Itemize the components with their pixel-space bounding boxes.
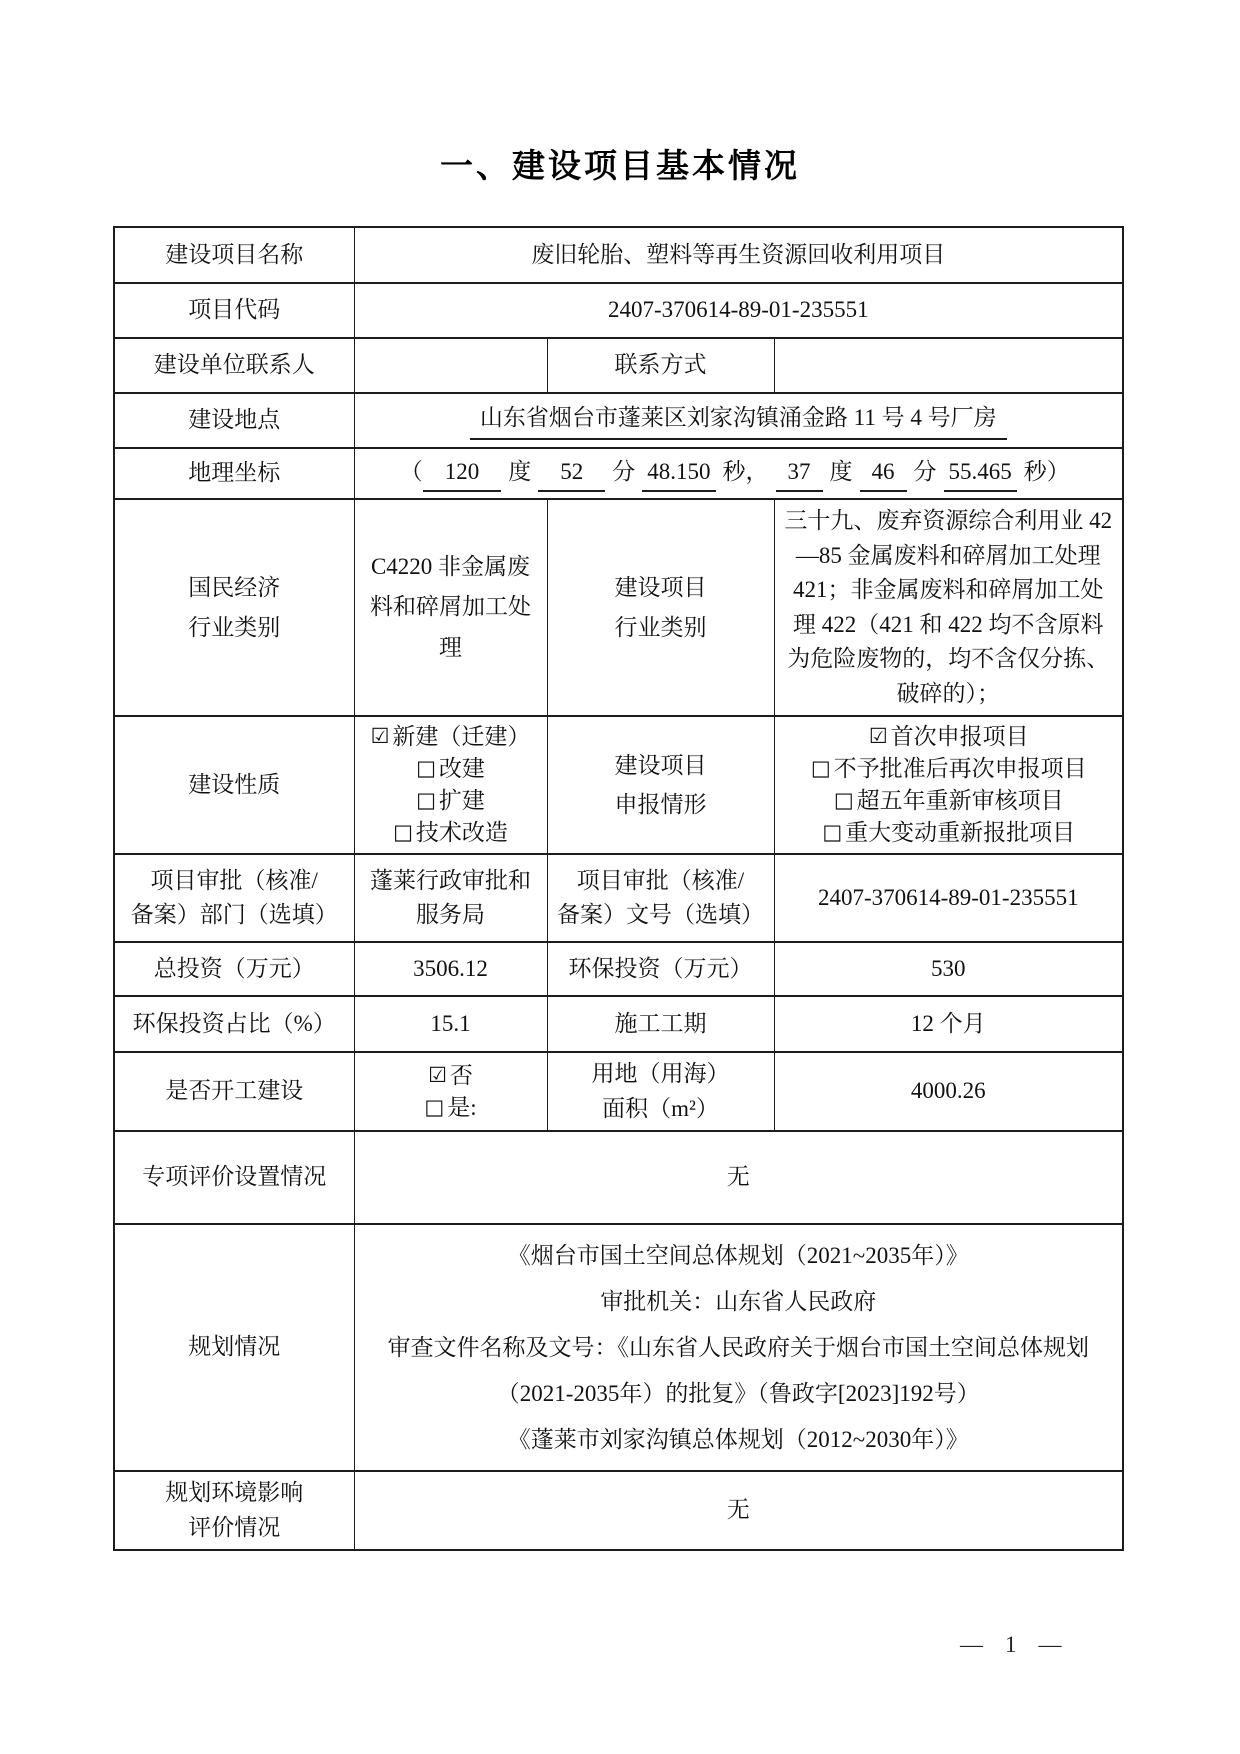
approval-dept-value: 蓬莱行政审批和 服务局 (354, 854, 547, 942)
coordinates-value: （120度52分48.150秒，37度46分55.465秒） (354, 448, 1123, 499)
location-value: 山东省烟台市蓬莱区刘家沟镇涌金路 11 号 4 号厂房 (354, 393, 1123, 448)
project-code-value: 2407-370614-89-01-235551 (354, 283, 1123, 338)
total-investment-value: 3506.12 (354, 942, 547, 996)
project-code-label: 项目代码 (114, 283, 354, 338)
declaration-label: 建设项目 申报情形 (547, 716, 774, 854)
coord-lon-deg: 120 (423, 455, 502, 492)
env-investment-label: 环保投资（万元） (547, 942, 774, 996)
industry-label: 国民经济 行业类别 (114, 499, 354, 716)
checkbox-checked-icon: ☑ (371, 724, 390, 748)
started-options: ☑否 □是: (354, 1052, 547, 1131)
coord-lon-min: 52 (538, 455, 605, 492)
project-industry-value: 三十九、废弃资源综合利用业 42—85 金属废料和碎屑加工处理 421；非金属废… (774, 499, 1123, 716)
footer-dash-left: — (960, 1632, 983, 1658)
land-area-label: 用地（用海） 面积（m²） (547, 1052, 774, 1131)
nature-options: ☑新建（迁建） □改建 □扩建 □技术改造 (354, 716, 547, 854)
row-contact: 建设单位联系人 联系方式 (114, 338, 1123, 393)
contact-method-value (774, 338, 1123, 393)
row-industry: 国民经济 行业类别 C4220 非金属废料和碎屑加工处理 建设项目 行业类别 三… (114, 499, 1123, 716)
checkbox-unchecked-icon: □ (424, 1095, 444, 1119)
declaration-options: ☑首次申报项目 □不予批准后再次申报项目 □超五年重新审核项目 □重大变动重新报… (774, 716, 1123, 854)
row-project-name: 建设项目名称 废旧轮胎、塑料等再生资源回收利用项目 (114, 227, 1123, 283)
planning-paragraph: 审查文件名称及文号：《山东省人民政府关于烟台市国土空间总体规划（2021-203… (363, 1325, 1115, 1417)
checkbox-option: □技术改造 (363, 817, 539, 849)
location-address: 山东省烟台市蓬莱区刘家沟镇涌金路 11 号 4 号厂房 (470, 401, 1007, 440)
industry-code-value: C4220 非金属废料和碎屑加工处理 (354, 499, 547, 716)
row-started: 是否开工建设 ☑否 □是: 用地（用海） 面积（m²） 4000.26 (114, 1052, 1123, 1131)
project-name-label: 建设项目名称 (114, 227, 354, 283)
location-label: 建设地点 (114, 393, 354, 448)
checkbox-unchecked-icon: □ (416, 756, 436, 780)
env-investment-value: 530 (774, 942, 1123, 996)
checkbox-unchecked-icon: □ (393, 820, 413, 844)
planning-paragraph: 审批机关：山东省人民政府 (363, 1279, 1115, 1325)
row-investment: 总投资（万元） 3506.12 环保投资（万元） 530 (114, 942, 1123, 996)
checkbox-checked-icon: ☑ (869, 724, 888, 748)
coord-open-paren: （ (400, 459, 423, 484)
coord-sec-unit-2: 秒） (1024, 459, 1070, 484)
env-ratio-label: 环保投资占比（%） (114, 996, 354, 1052)
coord-lon-sec: 48.150 (642, 455, 715, 492)
coord-lat-sec: 55.465 (944, 455, 1017, 492)
checkbox-unchecked-icon: □ (811, 756, 831, 780)
planning-label: 规划情况 (114, 1224, 354, 1471)
total-investment-label: 总投资（万元） (114, 942, 354, 996)
special-eval-label: 专项评价设置情况 (114, 1131, 354, 1224)
row-project-code: 项目代码 2407-370614-89-01-235551 (114, 283, 1123, 338)
coord-lat-deg: 37 (776, 455, 823, 492)
construction-period-label: 施工工期 (547, 996, 774, 1052)
checkbox-checked-icon: ☑ (428, 1063, 447, 1087)
checkbox-option: □改建 (363, 753, 539, 785)
coord-min-unit-2: 分 (914, 459, 937, 484)
row-coordinates: 地理坐标 （120度52分48.150秒，37度46分55.465秒） (114, 448, 1123, 499)
checkbox-unchecked-icon: □ (834, 788, 854, 812)
nature-label: 建设性质 (114, 716, 354, 854)
checkbox-option: ☑首次申报项目 (784, 721, 1115, 753)
planning-paragraph: 《烟台市国土空间总体规划（2021~2035年）》 (363, 1233, 1115, 1279)
checkbox-option: □扩建 (363, 785, 539, 817)
planning-value: 《烟台市国土空间总体规划（2021~2035年）》 审批机关：山东省人民政府 审… (354, 1224, 1123, 1471)
row-location: 建设地点 山东省烟台市蓬莱区刘家沟镇涌金路 11 号 4 号厂房 (114, 393, 1123, 448)
coordinates-label: 地理坐标 (114, 448, 354, 499)
land-area-value: 4000.26 (774, 1052, 1123, 1131)
project-industry-label: 建设项目 行业类别 (547, 499, 774, 716)
page-title: 一、建设项目基本情况 (0, 140, 1240, 187)
checkbox-option: ☑新建（迁建） (363, 721, 539, 753)
planning-paragraph: 《蓬莱市刘家沟镇总体规划（2012~2030年）》 (363, 1417, 1115, 1463)
row-nature: 建设性质 ☑新建（迁建） □改建 □扩建 □技术改造 建设项目 申报情形 ☑首次… (114, 716, 1123, 854)
approval-doc-value: 2407-370614-89-01-235551 (774, 854, 1123, 942)
construction-period-value: 12 个月 (774, 996, 1123, 1052)
special-eval-value: 无 (354, 1131, 1123, 1224)
contact-method-label: 联系方式 (547, 338, 774, 393)
project-name-value: 废旧轮胎、塑料等再生资源回收利用项目 (354, 227, 1123, 283)
checkbox-unchecked-icon: □ (416, 788, 436, 812)
checkbox-option: □超五年重新审核项目 (784, 785, 1115, 817)
env-ratio-value: 15.1 (354, 996, 547, 1052)
checkbox-option: □不予批准后再次申报项目 (784, 753, 1115, 785)
coord-deg-unit-2: 度 (830, 459, 853, 484)
contact-person-value (354, 338, 547, 393)
checkbox-option: □重大变动重新报批项目 (784, 817, 1115, 849)
coord-deg-unit-1: 度 (508, 459, 531, 484)
row-special-eval: 专项评价设置情况 无 (114, 1131, 1123, 1224)
started-label: 是否开工建设 (114, 1052, 354, 1131)
contact-person-label: 建设单位联系人 (114, 338, 354, 393)
plan-eia-label: 规划环境影响 评价情况 (114, 1471, 354, 1550)
coord-min-unit-1: 分 (612, 459, 635, 484)
page-number: 1 (1005, 1632, 1017, 1658)
project-info-table: 建设项目名称 废旧轮胎、塑料等再生资源回收利用项目 项目代码 2407-3706… (113, 226, 1124, 1551)
checkbox-unchecked-icon: □ (822, 820, 842, 844)
approval-doc-label: 项目审批（核准/ 备案）文号（选填） (547, 854, 774, 942)
row-planning: 规划情况 《烟台市国土空间总体规划（2021~2035年）》 审批机关：山东省人… (114, 1224, 1123, 1471)
row-ratio: 环保投资占比（%） 15.1 施工工期 12 个月 (114, 996, 1123, 1052)
coord-lat-min: 46 (860, 455, 907, 492)
plan-eia-value: 无 (354, 1471, 1123, 1550)
row-approval: 项目审批（核准/ 备案）部门（选填） 蓬莱行政审批和 服务局 项目审批（核准/ … (114, 854, 1123, 942)
row-plan-eia: 规划环境影响 评价情况 无 (114, 1471, 1123, 1550)
footer-dash-right: — (1039, 1632, 1062, 1658)
checkbox-option: ☑否 (363, 1060, 539, 1092)
page-footer: — 1 — (960, 1632, 1062, 1658)
checkbox-option: □是: (363, 1092, 539, 1124)
coord-sec-unit-1: 秒， (723, 459, 769, 484)
approval-dept-label: 项目审批（核准/ 备案）部门（选填） (114, 854, 354, 942)
